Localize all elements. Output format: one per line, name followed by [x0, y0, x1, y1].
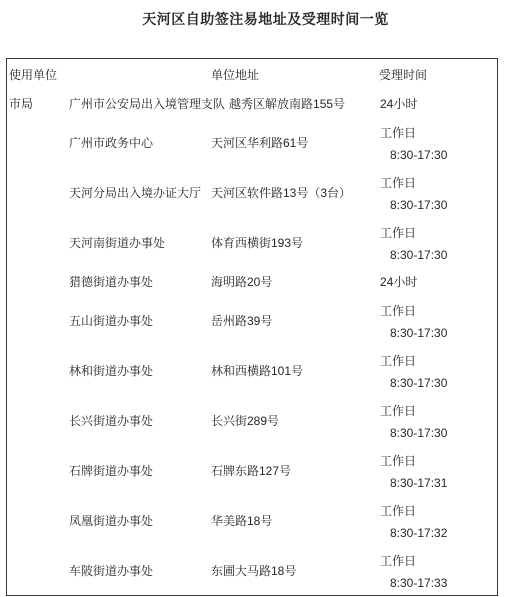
- unit-name-cell: 天河分局出入境办证大厅: [69, 184, 211, 201]
- table-row: 长兴街道办事处 长兴街289号 工作日 8:30-17:30: [7, 395, 497, 445]
- header-accept-time: 受理时间: [379, 66, 497, 83]
- unit-name-cell: 林和街道办事处: [69, 362, 211, 379]
- accept-time-cell: 工作日 8:30-17:33: [380, 545, 496, 595]
- accept-time-cell: 工作日 8:30-17:30: [380, 295, 496, 345]
- unit-address-cell: 体育西横街193号: [211, 234, 379, 251]
- time-line-2: 8:30-17:30: [380, 148, 496, 162]
- accept-time-cell: 工作日 8:30-17:31: [380, 445, 496, 495]
- unit-address-cell: 长兴街289号: [211, 412, 379, 429]
- unit-name-cell: 凤凰街道办事处: [69, 512, 211, 529]
- table-row: 市局 广州市公安局出入境管理支队 越秀区解放南路155号 24小时: [7, 89, 497, 117]
- unit-address-cell: 华美路18号: [211, 512, 379, 529]
- accept-time-cell: 工作日 8:30-17:32: [380, 495, 496, 545]
- time-line-1: 工作日: [380, 502, 496, 519]
- unit-address-cell: 石牌东路127号: [211, 462, 379, 479]
- time-line-1: 24小时: [380, 95, 496, 112]
- unit-name-cell: 猎德街道办事处: [69, 273, 211, 290]
- time-line-2: 8:30-17:30: [380, 248, 496, 262]
- time-line-1: 工作日: [380, 174, 496, 191]
- page: 天河区自助签注易地址及受理时间一览 使用单位 单位地址 受理时间 市局 广州市公…: [0, 0, 513, 597]
- time-line-2: 8:30-17:31: [380, 476, 496, 490]
- table-row: 车陂街道办事处 东圃大马路18号 工作日 8:30-17:33: [7, 545, 497, 595]
- unit-address-cell: 东圃大马路18号: [211, 562, 379, 579]
- table-row: 猎德街道办事处 海明路20号 24小时: [7, 267, 497, 295]
- table-header-row: 使用单位 单位地址 受理时间: [7, 59, 497, 89]
- locations-table: 使用单位 单位地址 受理时间 市局 广州市公安局出入境管理支队 越秀区解放南路1…: [6, 58, 498, 596]
- accept-time-cell: 工作日 8:30-17:30: [380, 117, 496, 167]
- time-line-2: 8:30-17:30: [380, 376, 496, 390]
- time-line-1: 工作日: [380, 452, 496, 469]
- page-title: 天河区自助签注易地址及受理时间一览: [0, 9, 513, 29]
- table-row: 天河南街道办事处 体育西横街193号 工作日 8:30-17:30: [7, 217, 497, 267]
- unit-address-cell: 岳州路39号: [211, 312, 379, 329]
- accept-time-cell: 工作日 8:30-17:30: [380, 167, 496, 217]
- time-line-1: 工作日: [380, 124, 496, 141]
- time-line-1: 工作日: [380, 402, 496, 419]
- time-line-1: 24小时: [380, 273, 496, 290]
- time-line-1: 工作日: [380, 224, 496, 241]
- time-line-2: 8:30-17:32: [380, 526, 496, 540]
- unit-name-cell: 长兴街道办事处: [69, 412, 211, 429]
- time-line-2: 8:30-17:33: [380, 576, 496, 590]
- time-line-1: 工作日: [380, 352, 496, 369]
- accept-time-cell: 工作日 8:30-17:30: [380, 217, 496, 267]
- accept-time-cell: 工作日 8:30-17:30: [380, 345, 496, 395]
- unit-name-cell: 石牌街道办事处: [69, 462, 211, 479]
- header-using-unit: 使用单位: [9, 66, 211, 83]
- table-row: 广州市政务中心 天河区华利路61号 工作日 8:30-17:30: [7, 117, 497, 167]
- accept-time-cell: 24小时: [380, 267, 496, 295]
- accept-time-cell: 24小时: [380, 89, 496, 117]
- unit-address-cell: 天河区华利路61号: [211, 134, 379, 151]
- unit-address-cell: 林和西横路101号: [211, 362, 379, 379]
- time-line-2: 8:30-17:30: [380, 326, 496, 340]
- table-row: 林和街道办事处 林和西横路101号 工作日 8:30-17:30: [7, 345, 497, 395]
- unit-address-cell: 天河区软件路13号（3台）: [211, 184, 379, 201]
- unit-address-cell: 越秀区解放南路155号: [229, 95, 397, 112]
- time-line-1: 工作日: [380, 552, 496, 569]
- table-row: 天河分局出入境办证大厅 天河区软件路13号（3台） 工作日 8:30-17:30: [7, 167, 497, 217]
- unit-name-cell: 天河南街道办事处: [69, 234, 211, 251]
- unit-name-cell: 广州市公安局出入境管理支队: [69, 95, 229, 112]
- header-unit-address: 单位地址: [211, 66, 379, 83]
- accept-time-cell: 工作日 8:30-17:30: [380, 395, 496, 445]
- unit-name-cell: 广州市政务中心: [69, 134, 211, 151]
- table-row: 石牌街道办事处 石牌东路127号 工作日 8:30-17:31: [7, 445, 497, 495]
- time-line-2: 8:30-17:30: [380, 426, 496, 440]
- table-body: 市局 广州市公安局出入境管理支队 越秀区解放南路155号 24小时 广州市政务中…: [7, 89, 497, 595]
- time-line-1: 工作日: [380, 302, 496, 319]
- unit-name-cell: 五山街道办事处: [69, 312, 211, 329]
- table-row: 五山街道办事处 岳州路39号 工作日 8:30-17:30: [7, 295, 497, 345]
- table-row: 凤凰街道办事处 华美路18号 工作日 8:30-17:32: [7, 495, 497, 545]
- unit-address-cell: 海明路20号: [211, 273, 379, 290]
- category-cell: 市局: [9, 95, 69, 112]
- unit-name-cell: 车陂街道办事处: [69, 562, 211, 579]
- time-line-2: 8:30-17:30: [380, 198, 496, 212]
